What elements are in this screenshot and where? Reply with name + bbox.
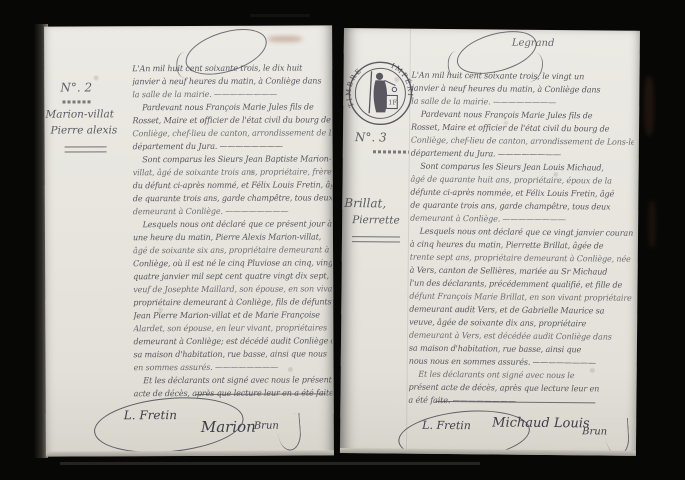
- manuscript-line: Sont comparus les Sieurs Jean Baptiste M…: [133, 152, 332, 166]
- act-number: N°. 3: [355, 130, 387, 144]
- manuscript-line: en sommes assurés. ————————: [134, 360, 333, 374]
- signature-brun: Brun: [582, 426, 607, 437]
- signature-brun: Brun: [254, 421, 279, 432]
- signature-fretin: L. Fretin: [422, 419, 471, 432]
- brun-paraph-flourish: [605, 418, 630, 456]
- margin-deceased-firstname: Pierrette: [352, 214, 400, 226]
- manuscript-line: demeurant à Conliège. ————————: [133, 204, 332, 218]
- brun-paraph-flourish: [276, 413, 302, 452]
- manuscript-line: L'An mil huit cent soixante trois, le di…: [132, 61, 331, 75]
- manuscript-line: âgé de soixante six ans, propriétaire de…: [133, 243, 332, 257]
- manuscript-line: propriétaire demeurant à Conliège, fils …: [133, 295, 332, 309]
- margin-underline: [65, 146, 107, 152]
- frame-streak: [60, 462, 480, 465]
- timbre-imperial-stamp: TIMBRE IMPÉRIAL 1F: [345, 58, 416, 129]
- ink-smudge: [268, 36, 302, 42]
- act-text-left: L'An mil huit cent soixante trois, le di…: [132, 61, 334, 400]
- svg-text:TIMBRE: TIMBRE: [345, 66, 364, 108]
- margin-deceased-firstname: Pierre alexis: [50, 124, 117, 136]
- manuscript-line: Et les déclarants ont signé avec nous le…: [134, 373, 333, 387]
- number-underline-squiggle: [373, 150, 409, 153]
- film-edge-smudge: [648, 200, 656, 248]
- manuscript-line: Lesquels nous ont déclaré que ce présent…: [133, 217, 332, 231]
- manuscript-line: département du Jura. ————————: [133, 139, 332, 153]
- film-edge-smudge: [644, 76, 654, 136]
- signature-michaud: Michaud Louis: [492, 415, 590, 431]
- signature-marion: Marion: [201, 418, 256, 436]
- manuscript-line: sa maison d'habitation, rue basse, ainsi…: [133, 347, 332, 361]
- act-number: N°. 2: [60, 80, 92, 94]
- corner-verification-note: Legrand: [512, 38, 555, 49]
- register-scan: N°. 2 Marion-villat Pierre alexis L'An m…: [0, 0, 685, 480]
- stamp-allegorical-figure: 1F: [369, 71, 398, 113]
- manuscript-line: veuf de Josephte Maillard, son épouse, e…: [133, 282, 332, 296]
- manuscript-line: villat, âgé de soixante trois ans, propr…: [133, 165, 332, 179]
- act-text-right: L'An mil huit cent soixante trois, le vi…: [408, 69, 640, 409]
- manuscript-line: du défunt ci-après nommé, et Félix Louis…: [133, 178, 332, 192]
- manuscript-line: janvier à neuf heures du matin, à Conliè…: [132, 74, 331, 88]
- manuscript-line: Conliège, où il est né le cinq Pluviose …: [133, 256, 332, 270]
- manuscript-line: Pardevant nous François Marie Jules fils…: [132, 100, 331, 114]
- manuscript-line: Jean Pierre Marion-villat et de Marie Fr…: [133, 308, 332, 322]
- manuscript-line: Rosset, Maire et officier de l'état civi…: [132, 113, 331, 127]
- signature-fretin: L. Fretin: [124, 408, 177, 422]
- manuscript-line: demeurant à Conliège; est décédé audit C…: [133, 334, 332, 348]
- manuscript-line: de quarante trois ans, garde champêtre, …: [133, 191, 332, 205]
- stamp-text-left: TIMBRE: [345, 66, 364, 108]
- margin-underline: [352, 236, 400, 242]
- manuscript-line: quatre janvier mil sept cent quatre ving…: [133, 269, 332, 283]
- manuscript-line: Conliège, chef-lieu de canton, arrondiss…: [133, 126, 332, 140]
- margin-deceased-surname: Marion-villat: [45, 108, 114, 120]
- register-page-left: N°. 2 Marion-villat Pierre alexis L'An m…: [44, 25, 334, 456]
- number-underline-squiggle: [62, 100, 92, 103]
- manuscript-line: Alardet, son épouse, en leur vivant, pro…: [133, 321, 332, 335]
- margin-deceased-surname: Brillat,: [344, 196, 386, 210]
- frame-mark: [250, 14, 310, 17]
- manuscript-line: la salle de la mairie. ————————: [132, 87, 331, 101]
- stamp-denomination: 1F: [388, 98, 397, 106]
- manuscript-line: une heure du matin, Pierre Alexis Marion…: [133, 230, 332, 244]
- register-page-right: Legrand TIMBRE IMPÉRIAL 1: [340, 28, 640, 456]
